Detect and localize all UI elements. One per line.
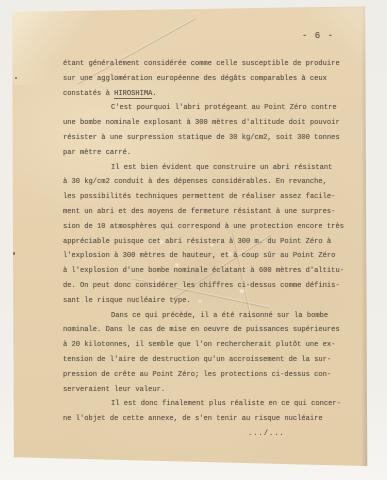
text-line: l'explosion à 300 mètres de hauteur, et … — [63, 249, 353, 264]
paper-speck — [15, 77, 17, 79]
text-line: tension de l'aire de destruction qu'un a… — [63, 353, 353, 368]
scanned-document: - 6 - étant généralement considérée comm… — [0, 0, 387, 480]
text-line: Il est bien évident que construire un ab… — [63, 161, 353, 176]
text-line: à 20 kilotonnes, il semble que l'on rech… — [63, 338, 353, 353]
text-line: sion de 10 atmosphères qui correspond à … — [63, 220, 353, 235]
continuation-mark: .../... — [63, 427, 353, 442]
text-line: à l'explosion d'une bombe nominale éclat… — [63, 264, 353, 279]
text-line: Dans ce qui précède, il a été raisonné s… — [63, 309, 353, 324]
text-line: étant généralement considérée comme cell… — [63, 57, 353, 72]
paper-speck — [13, 252, 15, 255]
text-line: nominale. Dans le cas de mise en oeuvre … — [63, 323, 353, 338]
text-line: pression de crête au Point Zéro; les pro… — [63, 368, 353, 383]
text-segment: . — [152, 90, 156, 98]
text-line: constatés à HIROSHIMA. — [63, 87, 353, 102]
document-body: étant généralement considérée comme cell… — [63, 57, 353, 442]
text-line: Il est donc finalement plus réaliste en … — [63, 397, 353, 412]
text-line: sur une agglomération européenne des dég… — [63, 72, 353, 87]
text-line: une bombe nominale explosant à 300 mètre… — [63, 116, 353, 131]
text-line: de. On peut donc considérer les chiffres… — [63, 279, 353, 294]
underlined-text: HIROSHIMA — [114, 90, 152, 99]
text-line: à 30 kg/cm2 conduit à des dépenses consi… — [63, 175, 353, 190]
paragraph: Il est donc finalement plus réaliste en … — [63, 397, 353, 427]
text-line: serveraient leur valeur. — [63, 383, 353, 398]
text-segment: constatés à — [63, 90, 114, 98]
paragraph: Dans ce qui précède, il a été raisonné s… — [63, 309, 353, 398]
text-line: ment un abri et des moyens de fermeture … — [63, 205, 353, 220]
text-line: sant le risque nucléaire type. — [63, 294, 353, 309]
page-number: - 6 - — [302, 31, 334, 41]
text-line: appréciable puisque cet abri résistera à… — [63, 235, 353, 250]
paragraph: étant généralement considérée comme cell… — [63, 57, 353, 101]
text-line: par mètre carré. — [63, 146, 353, 161]
text-line: résister à une surpression statique de 3… — [63, 131, 353, 146]
text-line: ne l'objet de cette annexe, de s'en teni… — [63, 412, 353, 427]
text-line: C'est pourquoi l'abri protégeant au Poin… — [63, 101, 353, 116]
paragraph: C'est pourquoi l'abri protégeant au Poin… — [63, 101, 353, 160]
document-page: - 6 - étant généralement considérée comm… — [11, 5, 368, 467]
text-line: les possibilités techniques permettent d… — [63, 190, 353, 205]
paragraph: Il est bien évident que construire un ab… — [63, 161, 353, 309]
